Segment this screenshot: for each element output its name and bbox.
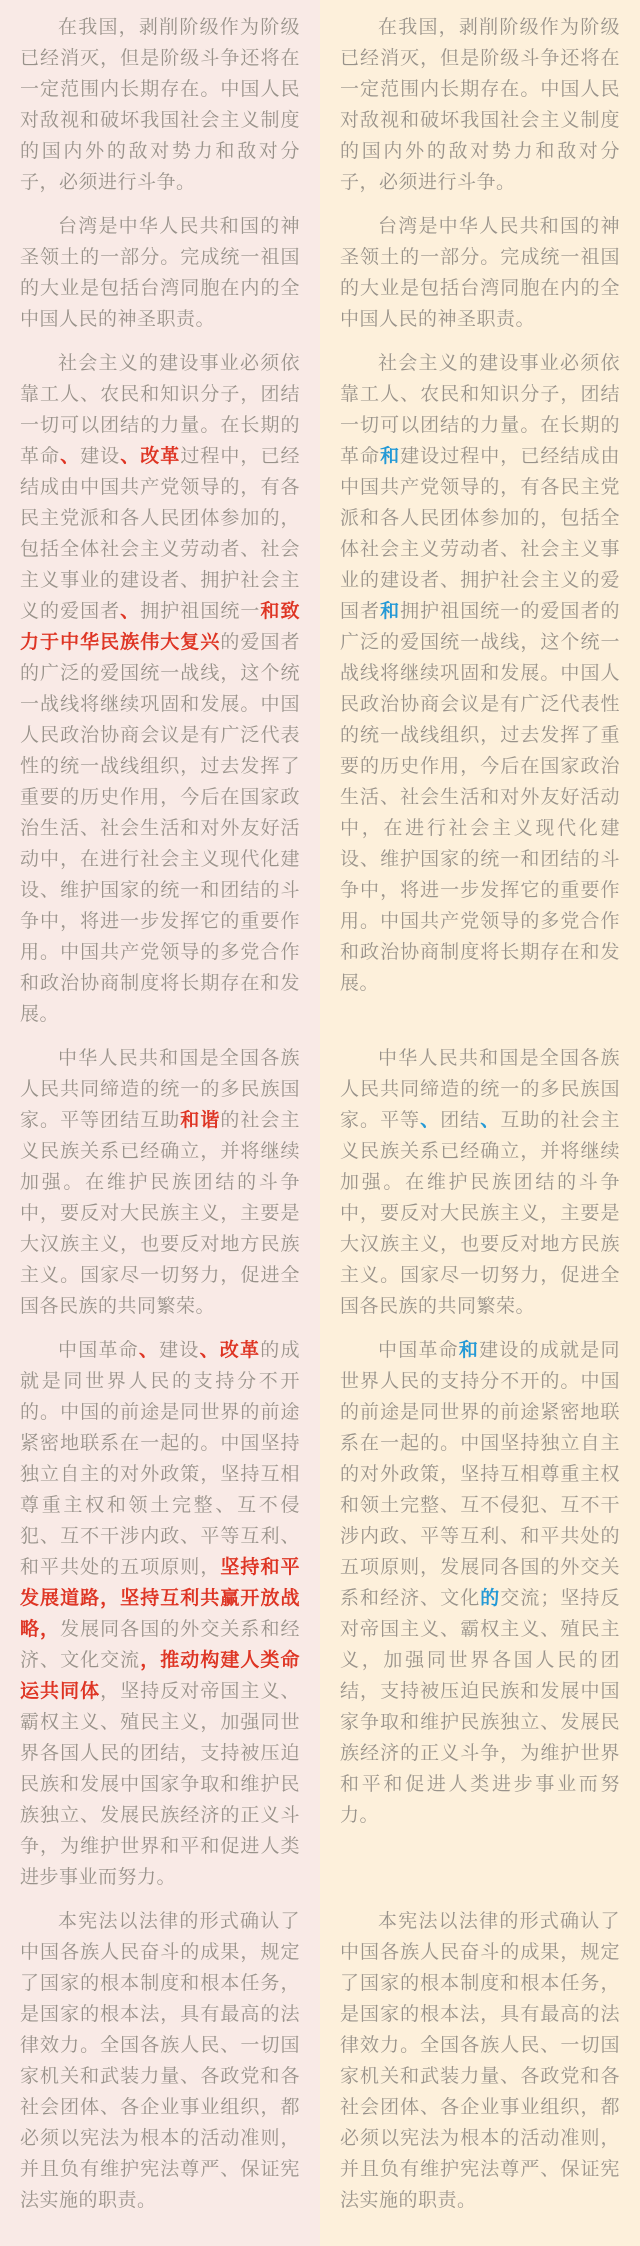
removed-text: 、 — [420, 1109, 440, 1131]
removed-text: 的 — [480, 1587, 500, 1609]
text-segment: 本宪法以法律的形式确认了中国各族人民奋斗的成果，规定了国家的根本制度和根本任务，… — [20, 1910, 300, 2211]
new-version-paragraph-1: 在我国，剥削阶级作为阶级已经消灭，但是阶级斗争还将在一定范围内长期存在。中国人民… — [0, 12, 320, 198]
removed-text: 和 — [459, 1339, 479, 1361]
text-segment: 建设 — [159, 1339, 199, 1361]
text-segment: 在我国，剥削阶级作为阶级已经消灭，但是阶级斗争还将在一定范围内长期存在。中国人民… — [340, 16, 620, 193]
added-text: 、 — [139, 1339, 159, 1361]
added-text: 、改革 — [200, 1339, 261, 1361]
text-segment: ，坚持反对帝国主义、霸权主义、殖民主义，加强同世界各国人民的团结，支持被压迫民族… — [20, 1680, 300, 1888]
text-segment: 拥护祖国统一的爱国者的广泛的爱国统一战线，这个统一战线将继续巩固和发展。中国人民… — [340, 600, 620, 994]
text-segment: 的爱国者的广泛的爱国统一战线，这个统一战线将继续巩固和发展。中国人民政治协商会议… — [20, 631, 300, 1025]
old-version-paragraph-2: 台湾是中华人民共和国的神圣领土的一部分。完成统一祖国的大业是包括台湾同胞在内的全… — [320, 211, 640, 335]
added-text: 和谐 — [180, 1109, 220, 1131]
text-segment: 互助的社会主义民族关系已经确立，并将继续加强。在维护民族团结的斗争中，要反对大民… — [340, 1109, 620, 1317]
text-segment: 本宪法以法律的形式确认了中国各族人民奋斗的成果，规定了国家的根本制度和根本任务，… — [340, 1910, 620, 2211]
text-segment: 在我国，剥削阶级作为阶级已经消灭，但是阶级斗争还将在一定范围内长期存在。中国人民… — [20, 16, 300, 193]
old-version-paragraph-6: 本宪法以法律的形式确认了中国各族人民奋斗的成果，规定了国家的根本制度和根本任务，… — [320, 1906, 640, 2216]
text-segment: 台湾是中华人民共和国的神圣领土的一部分。完成统一祖国的大业是包括台湾同胞在内的全… — [340, 215, 620, 330]
old-version-paragraph-3: 社会主义的建设事业必须依靠工人、农民和知识分子，团结一切可以团结的力量。在长期的… — [320, 348, 640, 1030]
old-version-paragraph-5: 中国革命和建设的成就是同世界人民的支持分不开的。中国的前途是同世界的前途紧密地联… — [320, 1335, 640, 1893]
old-version-paragraph-1: 在我国，剥削阶级作为阶级已经消灭，但是阶级斗争还将在一定范围内长期存在。中国人民… — [320, 12, 640, 198]
text-segment: 建设过程中，已经结成由中国共产党领导的，有各民主党派和各人民团体参加的，包括全体… — [340, 445, 620, 622]
new-version-paragraph-2: 台湾是中华人民共和国的神圣领土的一部分。完成统一祖国的大业是包括台湾同胞在内的全… — [0, 211, 320, 335]
added-text: 、改革 — [120, 445, 180, 467]
added-text: 、 — [120, 600, 140, 622]
new-version-paragraph-6: 本宪法以法律的形式确认了中国各族人民奋斗的成果，规定了国家的根本制度和根本任务，… — [0, 1906, 320, 2216]
text-segment: 建设 — [80, 445, 120, 467]
old-version-paragraph-4: 中华人民共和国是全国各族人民共同缔造的统一的多民族国家。平等、团结、互助的社会主… — [320, 1043, 640, 1322]
text-segment: 台湾是中华人民共和国的神圣领土的一部分。完成统一祖国的大业是包括台湾同胞在内的全… — [20, 215, 300, 330]
text-segment: 中国革命 — [378, 1339, 459, 1361]
text-segment: 拥护祖国统一 — [140, 600, 260, 622]
text-segment: 过程中，已经结成由中国共产党领导的，有各民主党派和各人民团体参加的，包括全体社会… — [20, 445, 300, 622]
new-version-paragraph-5: 中国革命、建设、改革的成就是同世界人民的支持分不开的。中国的前途是同世界的前途紧… — [0, 1335, 320, 1893]
text-segment: 的成就是同世界人民的支持分不开的。中国的前途是同世界的前途紧密地联系在一起的。中… — [20, 1339, 300, 1578]
new-version-paragraph-3: 社会主义的建设事业必须依靠工人、农民和知识分子，团结一切可以团结的力量。在长期的… — [0, 348, 320, 1030]
added-text: 、 — [60, 445, 80, 467]
text-segment: 中国革命 — [58, 1339, 139, 1361]
diff-grid: 在我国，剥削阶级作为阶级已经消灭，但是阶级斗争还将在一定范围内长期存在。中国人民… — [0, 0, 640, 2246]
text-segment: 建设的成就是同世界人民的支持分不开的。中国的前途是同世界的前途紧密地联系在一起的… — [340, 1339, 620, 1609]
removed-text: 、 — [480, 1109, 500, 1131]
new-version-paragraph-4: 中华人民共和国是全国各族人民共同缔造的统一的多民族国家。平等团结互助和谐的社会主… — [0, 1043, 320, 1322]
removed-text: 和 — [380, 600, 400, 622]
text-segment: 交流；坚持反对帝国主义、霸权主义、殖民主义，加强同世界各国人民的团结，支持被压迫… — [340, 1587, 620, 1826]
removed-text: 和 — [380, 445, 400, 467]
text-segment: 的社会主义民族关系已经确立，并将继续加强。在维护民族团结的斗争中，要反对大民族主… — [20, 1109, 300, 1317]
text-segment: 团结 — [440, 1109, 480, 1131]
diff-view: 在我国，剥削阶级作为阶级已经消灭，但是阶级斗争还将在一定范围内长期存在。中国人民… — [0, 0, 640, 2246]
